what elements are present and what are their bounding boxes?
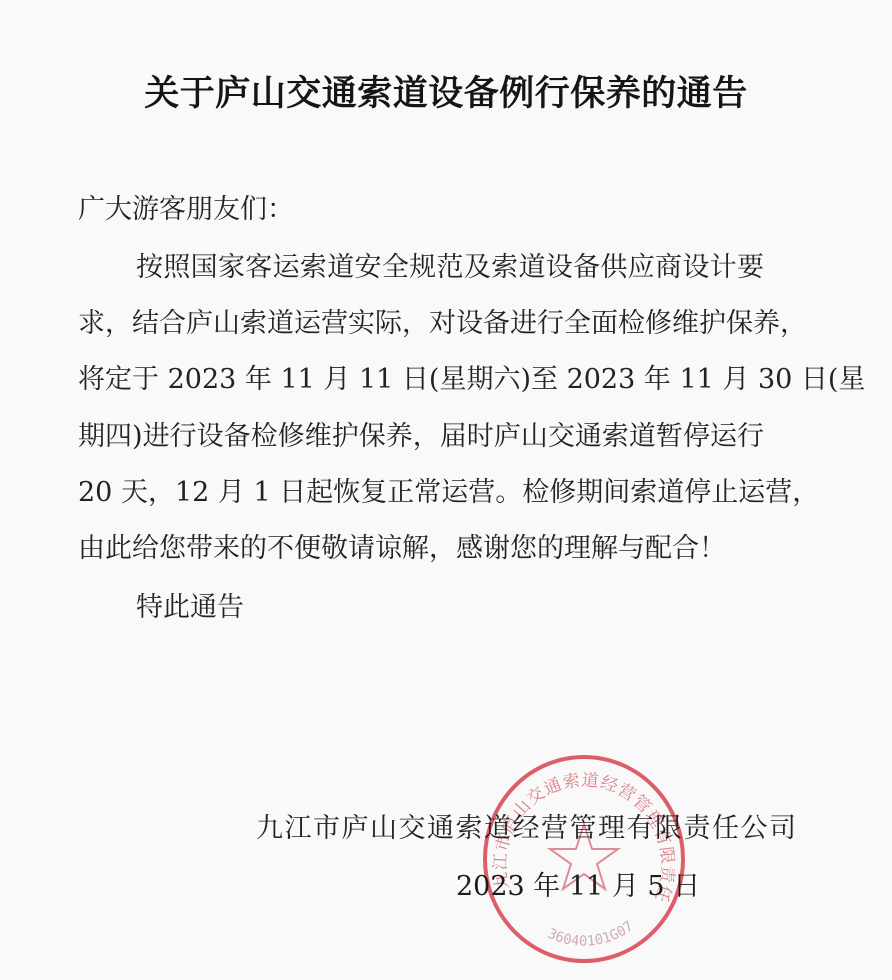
issue-date: 2023 年 11 月 5 日 (456, 869, 700, 905)
notice-title: 关于庐山交通索道设备例行保养的通告 (0, 72, 892, 116)
body-line-1: 按照国家客运索道安全规范及索道设备供应商设计要 (136, 250, 764, 286)
body-line-6: 由此给您带来的不便敬请谅解，感谢您的理解与配合！ (78, 531, 726, 567)
notice-document: 关于庐山交通索道设备例行保养的通告 广大游客朋友们： 按照国家客运索道安全规范及… (0, 0, 892, 980)
body-line-3: 将定于 2023 年 11 月 11 日(星期六)至 2023 年 11 月 3… (78, 362, 764, 398)
body-line-2: 求，结合庐山索道运营实际，对设备进行全面检修维护保养， (78, 306, 764, 342)
closing-remark: 特此通告 (136, 590, 244, 626)
official-seal: 九江市庐山交通索道经营管理有限责任公司 36040101G07 (481, 754, 687, 964)
seal-serial-number: 36040101G07 (545, 918, 637, 949)
body-line-4: 期四)进行设备检修维护保养，届时庐山交通索道暂停运行 (78, 419, 764, 455)
salutation: 广大游客朋友们： (78, 192, 294, 228)
issuer-company: 九江市庐山交通索道经营管理有限责任公司 (256, 811, 798, 847)
body-line-5: 20 天，12 月 1 日起恢复正常运营。检修期间索道停止运营， (78, 475, 764, 511)
